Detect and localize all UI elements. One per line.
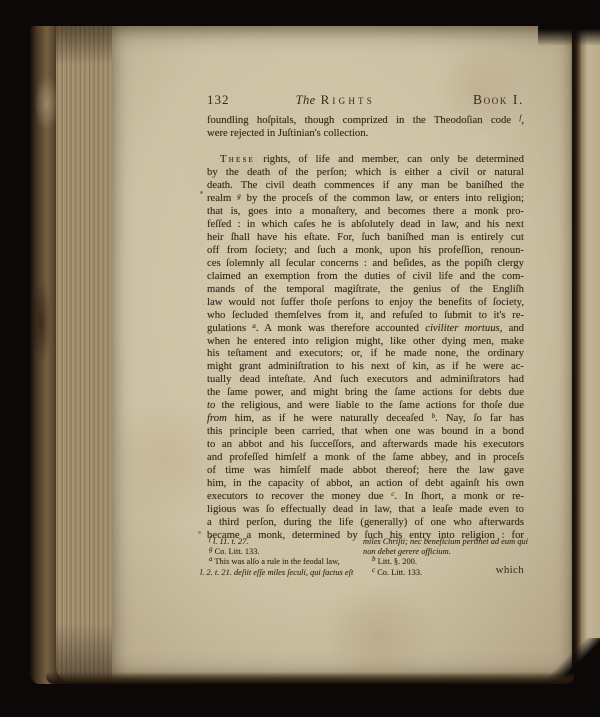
catchword: which (402, 564, 524, 576)
text-line: might grant adminiſtration to his next o… (207, 360, 524, 373)
footnote-line: g Co. Litt. 133. (200, 547, 355, 557)
footnote-line: f l. 11. t. 27. (200, 537, 355, 547)
text-line: foundling hoſpitals, though comprized in… (207, 114, 524, 127)
book-label: Book I. (473, 92, 524, 108)
text-line: this principle been carried, that when o… (207, 425, 524, 438)
text-line: These rights, of life and member, can on… (207, 153, 524, 166)
text-line: tually dead inteſtate. And ſuch executor… (207, 373, 524, 386)
text-line: claimed an exemption from the duties of … (207, 270, 524, 283)
page-header: 132 TheRights Book I. (207, 92, 524, 108)
book-bottom-edge (46, 672, 574, 684)
text-line: and profeſſed himſelf a monk of the ſame… (207, 451, 524, 464)
text-line: the ſame power, and might bring the ſame… (207, 386, 524, 399)
text-line: realm g by the proceſs of the common law… (207, 192, 524, 205)
text-line: were rejected in Juſtinian's collection. (207, 127, 524, 140)
text-line: executors to recover the money due c. In… (207, 490, 524, 503)
text-line: death. The civil death commences if any … (207, 179, 524, 192)
text-line: by the death of the perſon; which is eit… (207, 166, 524, 179)
page-edge-stack (56, 26, 112, 682)
text-line: that is, goes into a monaſtery, and beco… (207, 205, 524, 218)
text-line: feſſed : in which caſes he is abſolutely… (207, 218, 524, 231)
paragraph-gap (207, 140, 524, 154)
text-line: off from ſociety; and ſuch a monk, upon … (207, 244, 524, 257)
background-bottom-band (0, 684, 600, 717)
running-title-the: The (296, 93, 316, 107)
body-text: foundling hoſpitals, though comprized in… (207, 114, 524, 542)
text-line: gulations a. A monk was therefore accoun… (207, 322, 524, 335)
footnote-line: l. 2. t. 21. deſiit eſſe miles ſeculi, q… (200, 568, 355, 578)
text-line: his teſtament and executors; or, if he m… (207, 347, 524, 360)
text-line: law would not ſuffer thoſe perſons to en… (207, 296, 524, 309)
text-line: to the religious, and were liable to the… (207, 399, 524, 412)
footnote-column-left: f l. 11. t. 27.g Co. Litt. 133.a This wa… (200, 537, 355, 578)
text-line: to an abbot and his ſucceſſors, and afte… (207, 438, 524, 451)
book-page: 132 TheRights Book I. foundling hoſpital… (112, 26, 572, 682)
page-number: 132 (207, 92, 230, 108)
footnote-line: non debet gerere officium. (363, 547, 526, 557)
text-line: him, in the capacity of abbot, an action… (207, 477, 524, 490)
running-title: TheRights (296, 92, 375, 108)
page-content: 132 TheRights Book I. foundling hoſpital… (112, 26, 572, 682)
running-title-caps: Rights (321, 92, 375, 107)
text-line: who ſecluded themſelves from it, and ref… (207, 309, 524, 322)
facing-page-edge (581, 28, 600, 678)
photo-background: 132 TheRights Book I. foundling hoſpital… (0, 0, 600, 717)
footnote-line: a This was alſo a rule in the feodal law… (200, 557, 355, 567)
corner-shadow-top-right (538, 24, 600, 50)
text-line: when he entered into religion might, lik… (207, 335, 524, 348)
text-line: from him, as if he were naturally deceaſ… (207, 412, 524, 425)
book-spine-leather (30, 24, 58, 684)
text-line: of time was himſelf made abbot thereof; … (207, 464, 524, 477)
text-line: mands of the temporal magiſtrate, the ge… (207, 283, 524, 296)
text-line: ligious was ſo effectually dead in law, … (207, 503, 524, 516)
gutter-shadow (570, 26, 581, 682)
text-line: ces ſolemnly all ſecular concerns : and … (207, 257, 524, 270)
background-top-band (0, 0, 600, 26)
text-line: a third perſon, during the life (general… (207, 516, 524, 529)
text-line: heir ſhall have his eſtate. For, ſuch ba… (207, 231, 524, 244)
footnote-line: miles Chriſti; nec beneficium pertinet a… (363, 537, 526, 547)
